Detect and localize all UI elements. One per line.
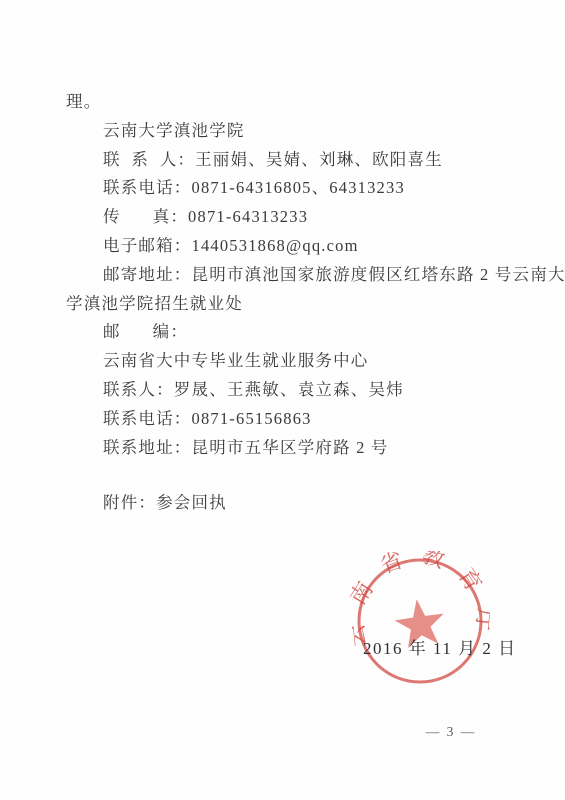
fax-line: 传 真：0871-64313233 (66, 203, 516, 232)
contact-persons-line: 联 系 人：王丽娟、吴婧、刘琳、欧阳喜生 (66, 146, 516, 175)
org-name-dianchi-college: 云南大学滇池学院 (66, 117, 516, 146)
contact-phone-line: 联系电话：0871-64316805、64313233 (66, 174, 516, 203)
document-date: 2016 年 11 月 2 日 (363, 634, 517, 659)
org-name-employment-center: 云南省大中专毕业生就业服务中心 (66, 347, 516, 376)
postal-code-line: 邮 编： (66, 318, 516, 347)
document-body: 理。 云南大学滇池学院 联 系 人：王丽娟、吴婧、刘琳、欧阳喜生 联系电话：08… (66, 88, 516, 518)
text-line-continuation: 理。 (66, 88, 516, 117)
mailing-address-line-1: 邮寄地址：昆明市滇池国家旅游度假区红塔东路 2 号云南大 (66, 261, 516, 290)
contact-address-line: 联系地址：昆明市五华区学府路 2 号 (66, 434, 516, 463)
page-number: — 3 — (416, 724, 486, 740)
scanned-document-page: 理。 云南大学滇池学院 联 系 人：王丽娟、吴婧、刘琳、欧阳喜生 联系电话：08… (0, 0, 565, 800)
contact-persons-line-2: 联系人：罗晟、王燕敏、袁立森、吴炜 (66, 376, 516, 405)
official-seal: 云南省教育厅 (350, 551, 490, 691)
contact-phone-line-2: 联系电话：0871-65156863 (66, 405, 516, 434)
email-line: 电子邮箱：1440531868@qq.com (66, 232, 516, 261)
attachment-line: 附件：参会回执 (66, 489, 516, 518)
mailing-address-line-2: 学滇池学院招生就业处 (66, 290, 516, 319)
